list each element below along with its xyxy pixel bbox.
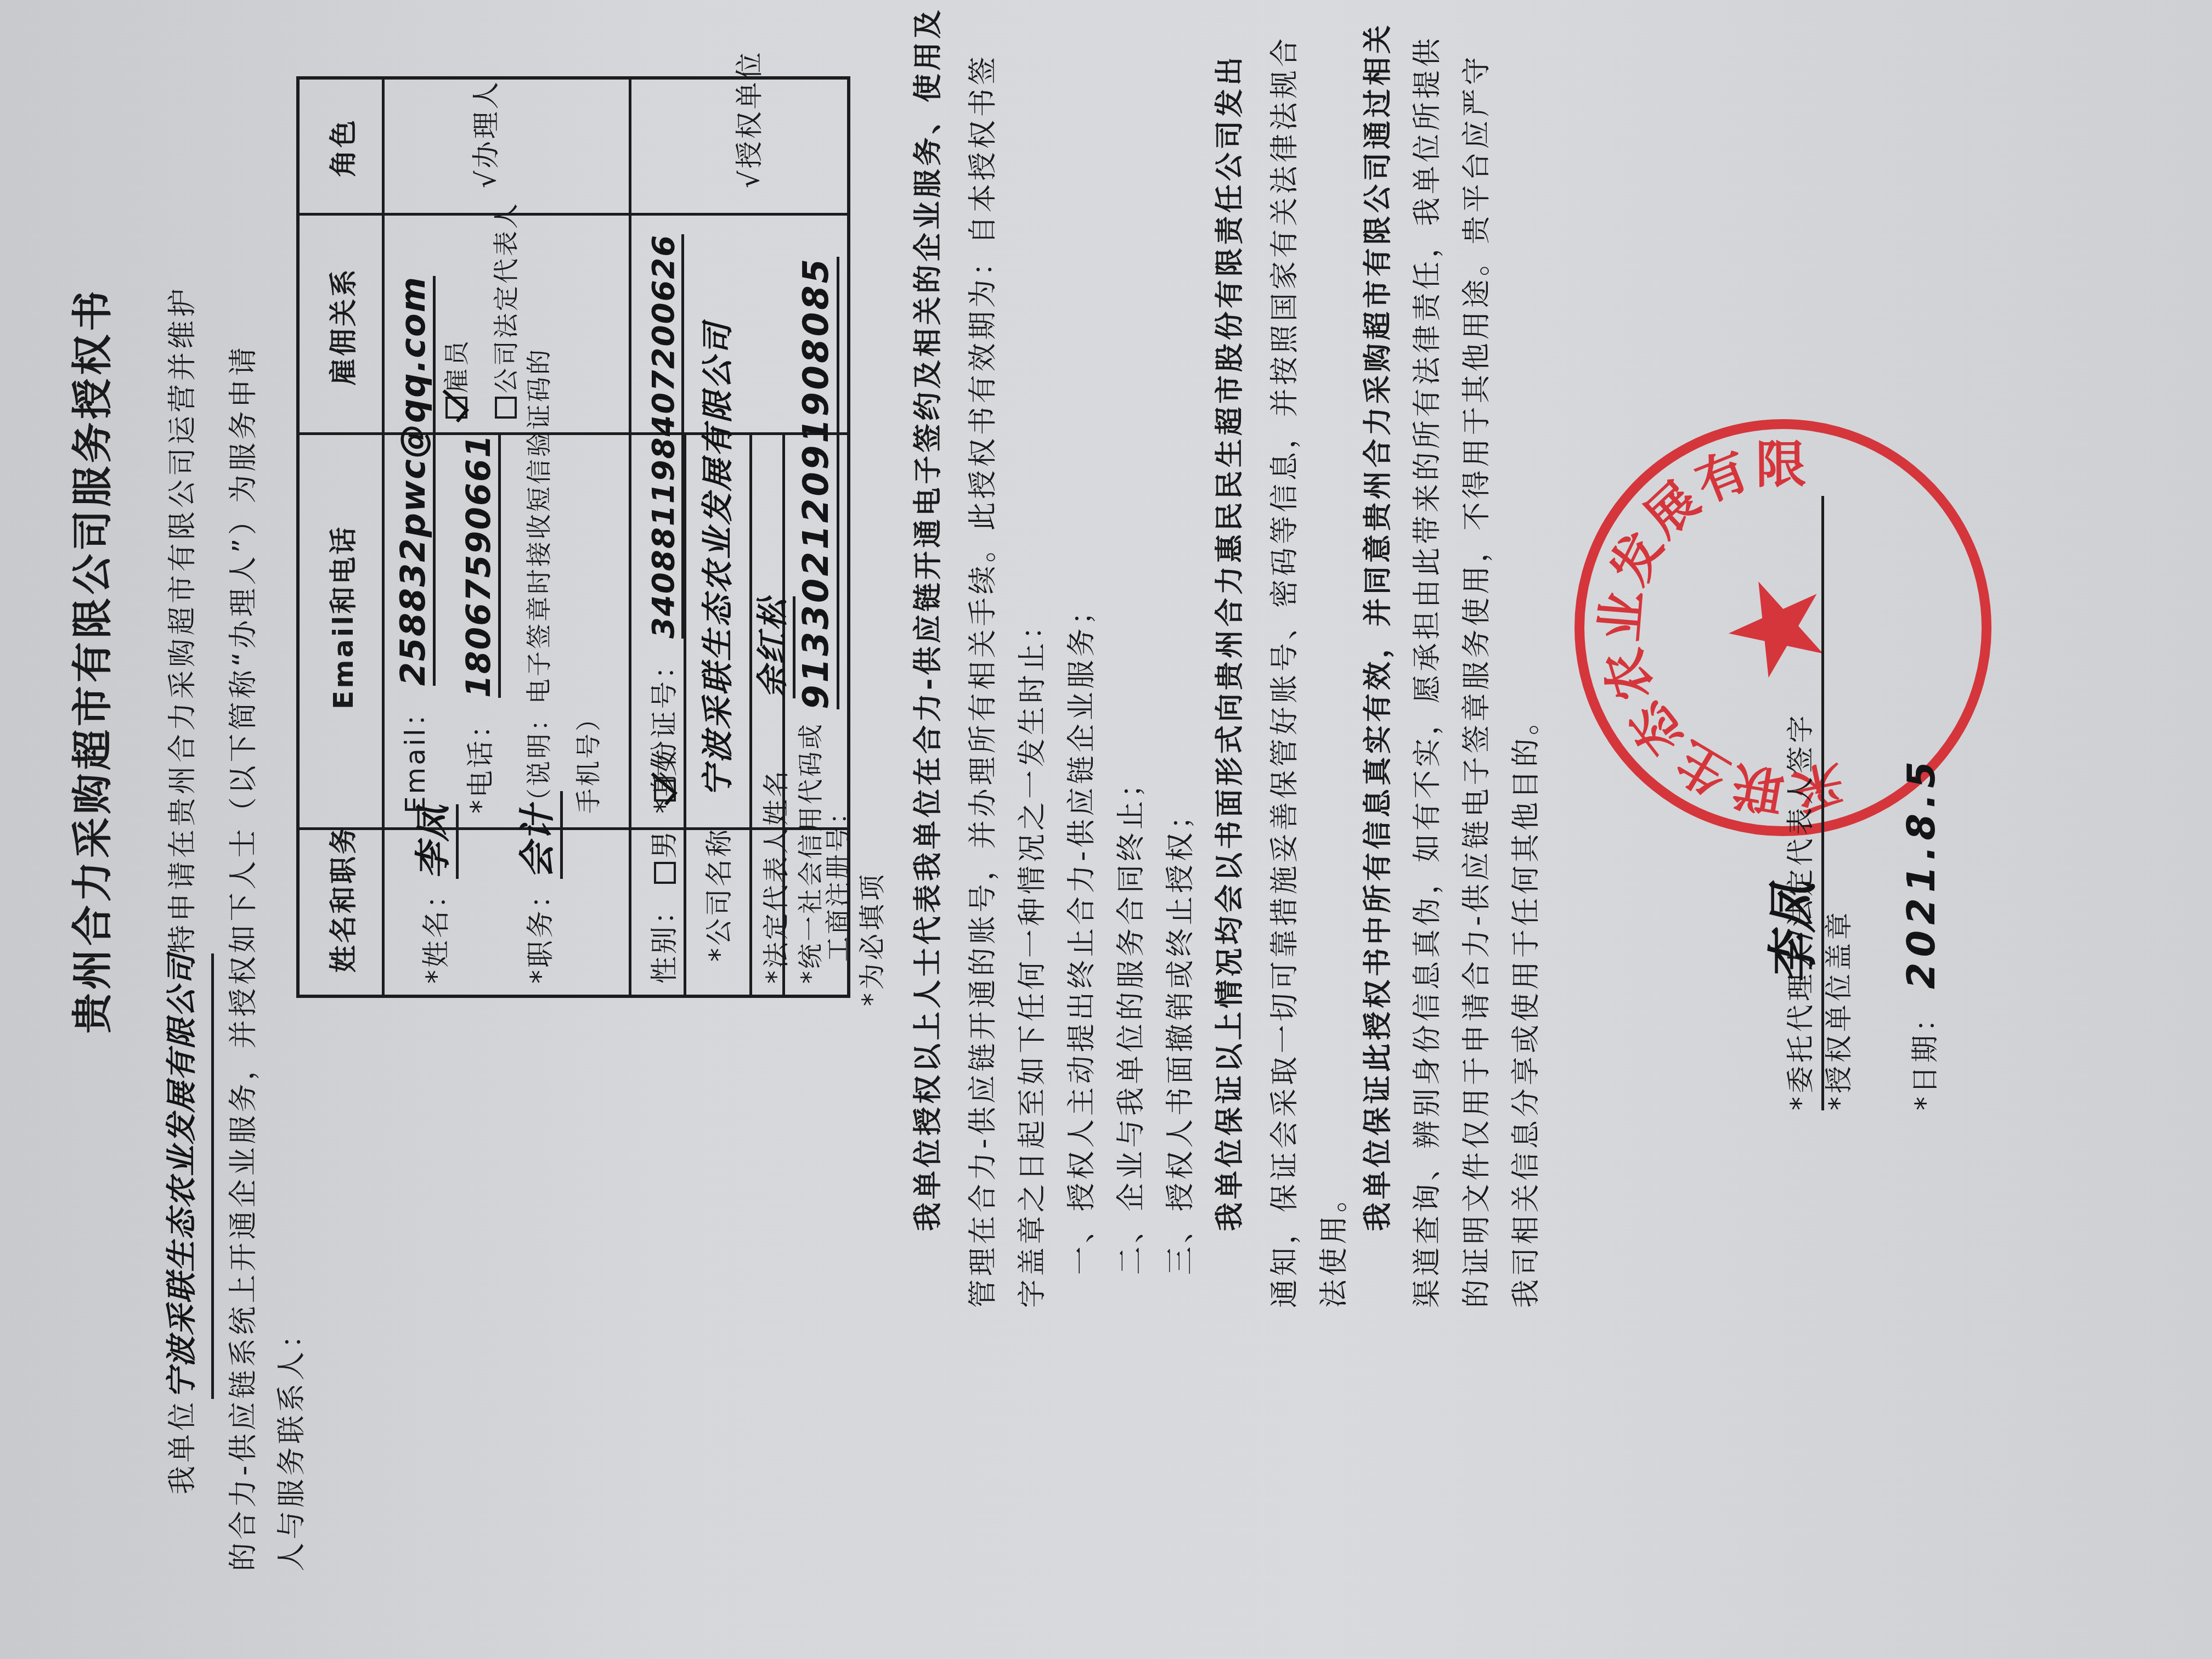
body-item-2: 二、企业与我单位的服务合同终止；: [1103, 766, 1160, 1275]
agent-name-row: *姓名：李凤: [404, 804, 459, 984]
authorization-letter-page: 贵州合力采购超市有限公司服务授权书 我单位宁波采联生态农业发展有限公司特申请在贵…: [0, 0, 2212, 1659]
phone-field[interactable]: 18067590661: [460, 434, 501, 698]
employee-checkbox[interactable]: [445, 397, 467, 419]
email-row: Email： 258832pwc@qq.com: [393, 276, 436, 814]
credit-code-field[interactable]: 91330212091908085: [796, 257, 839, 709]
name-label: *姓名：: [420, 879, 452, 984]
phone-label: *电话：: [465, 709, 496, 814]
body-p3-line2: 渠道查询、辨别身份信息真伪，如有不实，愿承担由此带来的所有法律责任，我单位所提供: [1399, 35, 1456, 1308]
legal-rep-field[interactable]: 余红松: [747, 596, 795, 698]
company-name-field[interactable]: 宁波采联生态农业发展有限公司: [154, 953, 214, 1399]
phone-note-1: （说明：电子签章时接收短信验证码的: [519, 347, 555, 814]
intro-prefix: 我单位: [166, 1399, 199, 1494]
gender-label: 性别：: [648, 895, 680, 984]
phone-row: *电话： 18067590661: [459, 434, 501, 814]
email-field[interactable]: 258832pwc@qq.com: [393, 276, 436, 686]
authorization-table: 姓名和职务 Email和电话 雇佣关系 角色 *姓名：李凤 *职务：会计 Ema…: [296, 76, 850, 998]
required-footnote: *为必填项: [856, 871, 889, 1006]
company-name-value[interactable]: 宁波采联生态农业发展有限公司: [692, 321, 738, 797]
photo-frame: 贵州合力采购超市有限公司服务授权书 我单位宁波采联生态农业发展有限公司特申请在贵…: [0, 0, 2212, 1659]
id-number-field[interactable]: 340881198407200626: [646, 234, 684, 639]
body-item-1: 一、授权人主动提出终止合力-供应链企业服务；: [1053, 593, 1110, 1275]
email-label: Email：: [399, 697, 431, 814]
role-authorizing-unit: √授权单位: [727, 50, 767, 188]
header-name-title: 姓名和职务: [321, 825, 361, 973]
body-p1-line3: 字盖章之日起至如下任何一种情况之一发生时止：: [1004, 608, 1061, 1308]
body-p3-line1: 我单位保证此授权书中所有信息真实有效，并同意贵州合力采购超市有限公司通过相关: [1350, 22, 1407, 1231]
body-p2-line1: 我单位保证以上情况均会以书面形式向贵州合力惠民民生超市股份有限责任公司发出: [1201, 54, 1259, 1231]
male-checkbox[interactable]: [654, 862, 676, 884]
header-role: 角色: [321, 118, 361, 177]
document-title: 贵州合力采购超市有限公司服务授权书: [60, 276, 119, 1045]
seal-label: *授权单位盖章: [1810, 909, 1867, 1110]
intro-line-3: 人与服务联系人：: [263, 1317, 320, 1571]
employment-option-legal-rep[interactable]: 公司法定代表人: [486, 201, 522, 419]
body-p2-line2: 通知，保证会采取一切可靠措施妥善保管好账号、密码等信息，并按照国家有关法律法规合: [1256, 35, 1313, 1308]
legal-rep-label: *法定代表人姓名: [755, 769, 793, 984]
company-name-label: *公司名称: [697, 827, 737, 962]
gender-male-option[interactable]: 男: [648, 829, 680, 884]
role-agent: √办理人: [464, 80, 504, 188]
intro-line-1: 我单位宁波采联生态农业发展有限公司特申请在贵州合力采购超市有限公司运营并维护: [154, 285, 214, 1494]
body-item-3: 三、授权人书面撤销或终止授权；: [1152, 798, 1209, 1275]
body-p1-line1: 我单位授权以上人士代表我单位在合力-供应链开通电子签约及相关的企业服务、使用及: [900, 7, 957, 1231]
phone-note-2: 手机号）: [568, 704, 605, 814]
company-name-handwritten: 宁波采联生态农业发展有限公司: [164, 953, 200, 1399]
date-field[interactable]: 2021.8.5: [1899, 756, 1944, 989]
id-row: *身份证号： 340881198407200626: [642, 234, 684, 814]
star-icon: ★: [1708, 566, 1845, 691]
name-field[interactable]: 李凤: [404, 804, 459, 879]
body-p1-line2: 管理在合力-供应链开通的账号，并办理所有相关手续。此授权书有效期为：自本授权书签: [955, 53, 1012, 1308]
body-p3-line4: 我司相关信息分享或使用于任何其他目的。: [1498, 703, 1555, 1308]
header-employment: 雇佣关系: [321, 267, 361, 386]
header-email-phone: Email和电话: [321, 525, 361, 709]
date-row: *日期： 2021.8.5: [1893, 756, 1954, 1110]
agent-title-row: *职务：会计: [508, 791, 563, 984]
title-label: *职务：: [524, 879, 556, 984]
credit-code-label-2: 工商注册号：: [818, 797, 854, 962]
date-label: *日期：: [1909, 1001, 1941, 1110]
id-label: *身份证号：: [648, 650, 680, 814]
body-p3-line3: 的证明文件仅用于申请合力-供应链电子签章服务使用，不得用于其他用途。贵平台应严守: [1448, 53, 1505, 1308]
intro-suffix: 特申请在贵州合力采购超市有限公司运营并维护: [166, 285, 199, 953]
legal-rep-checkbox[interactable]: [495, 397, 517, 419]
employment-option-employee[interactable]: 雇员: [437, 338, 473, 419]
